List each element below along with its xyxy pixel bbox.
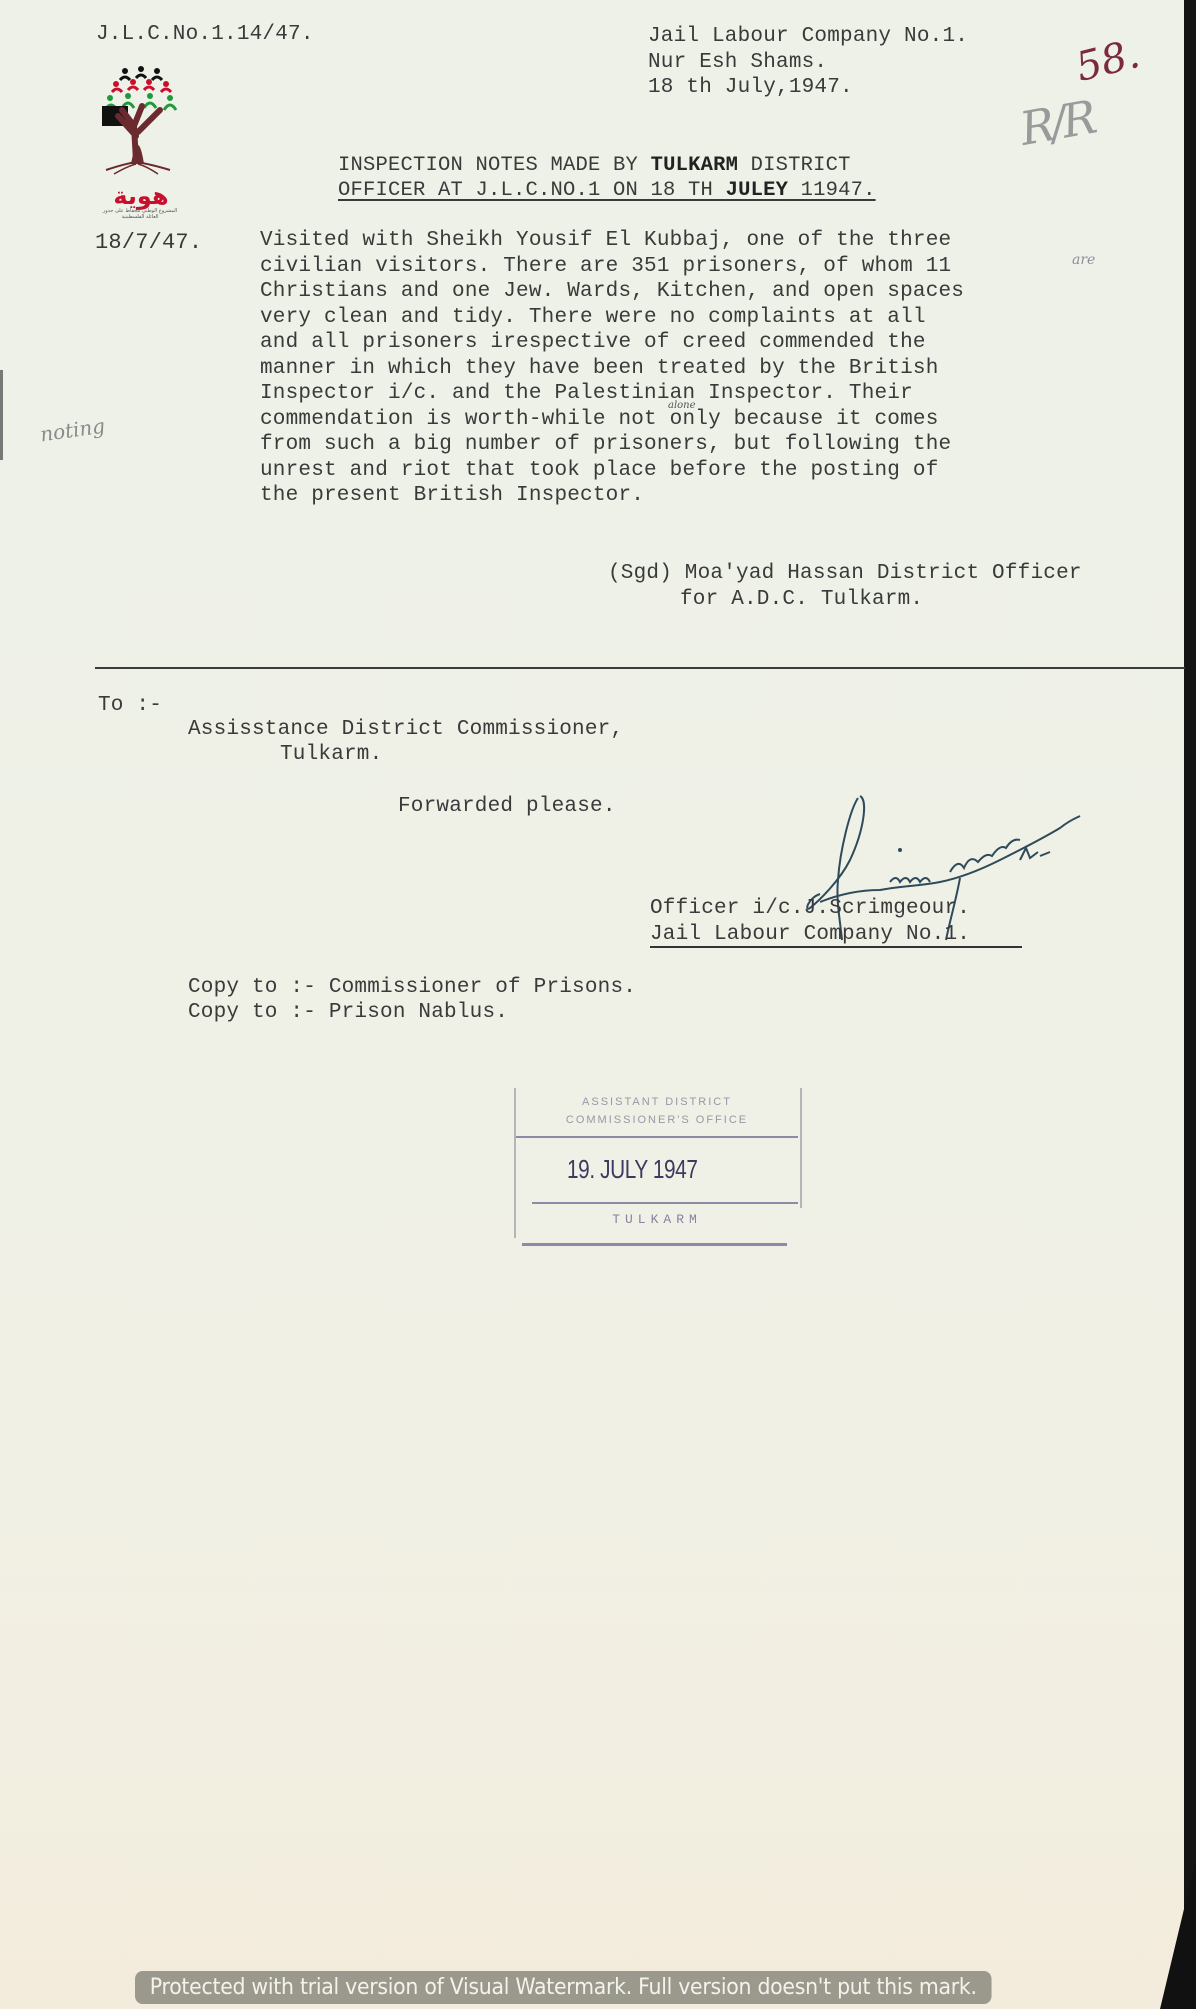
svg-text:هوية: هوية [113,182,168,210]
stamp-date: 19. JULY 1947 [567,1154,697,1185]
scan-left-edge [0,370,3,460]
received-date-stamp: ASSISTANT DISTRICT COMMISSIONER'S OFFICE… [512,1088,802,1248]
inspection-notes-body: Visited with Sheikh Yousif El Kubbaj, on… [260,228,964,509]
heading-text: OFFICER AT J.L.C.NO.1 ON 18 TH [338,179,726,202]
handwritten-insertion: alone [668,400,696,411]
copy-to-line: Copy to :- Prison Nablus. [188,1000,508,1026]
officer-underline [650,946,1022,948]
stamp-place: TULKARM [512,1212,802,1227]
section-divider [95,667,1185,669]
addressee-line-2: Tulkarm. [280,742,382,768]
body-line: Inspector i/c. and the Palestinian Inspe… [260,381,964,407]
hawiya-logo-icon: هوية [98,66,184,216]
scan-right-edge [1184,0,1196,2009]
body-line: and all prisoners irespective of creed c… [260,330,964,356]
logo-caption: المشروع الوطني للحفاظ على جذور العائلة ا… [100,208,180,220]
stamp-office-line-2: COMMISSIONER'S OFFICE [512,1114,802,1126]
heading-bold-text: TULKARM [651,154,739,177]
signed-for-line: for A.D.C. Tulkarm. [680,587,923,613]
officer-line-2: Jail Labour Company No.1. [650,922,970,948]
body-line: commendation is worth-while not only bec… [260,407,964,433]
to-label: To :- [98,693,162,719]
body-line: Christians and one Jew. Wards, Kitchen, … [260,279,964,305]
signed-by-line: (Sgd) Moa'yad Hassan District Officer [608,561,1082,587]
address-date: 18 th July,1947. [648,76,853,99]
body-line: Visited with Sheikh Yousif El Kubbaj, on… [260,228,964,254]
heading-text: DISTRICT [738,154,851,177]
address-line-2: Nur Esh Shams. [648,51,827,74]
body-line: civilian visitors. There are 351 prisone… [260,254,964,280]
document-heading: INSPECTION NOTES MADE BY TULKARM DISTRIC… [338,153,876,203]
stamp-office-line-1: ASSISTANT DISTRICT [512,1096,802,1108]
handwritten-insertion: are [1072,252,1095,268]
stamp-rule [522,1243,787,1246]
officer-line-1: Officer i/c.J.Scrimgeour. [650,896,970,922]
heading-text: 11947. [788,179,876,202]
stamp-rule [532,1202,798,1204]
body-line: from such a big number of prisoners, but… [260,432,964,458]
body-line: very clean and tidy. There were no compl… [260,305,964,331]
heading-line-2: OFFICER AT J.L.C.NO.1 ON 18 TH JULEY 119… [338,179,876,202]
sender-address: Jail Labour Company No.1. Nur Esh Shams.… [648,24,968,101]
body-line: the present British Inspector. [260,483,964,509]
addressee-line-1: Assisstance District Commissioner, [188,717,623,743]
address-line-1: Jail Labour Company No.1. [648,25,968,48]
heading-text: INSPECTION NOTES MADE BY [338,154,651,177]
body-line: manner in which they have been treated b… [260,356,964,382]
scan-corner-shadow [1160,1859,1196,2009]
trial-watermark-banner: Protected with trial version of Visual W… [135,1971,992,2004]
body-line: unrest and riot that took place before t… [260,458,964,484]
heading-bold-text: JULEY [726,179,789,202]
forwarding-message: Forwarded please. [398,794,616,820]
reference-number: J.L.C.No.1.14/47. [96,22,314,48]
entry-date: 18/7/47. [95,230,202,256]
copy-to-line: Copy to :- Commissioner of Prisons. [188,975,636,1001]
stamp-rule [516,1136,798,1138]
